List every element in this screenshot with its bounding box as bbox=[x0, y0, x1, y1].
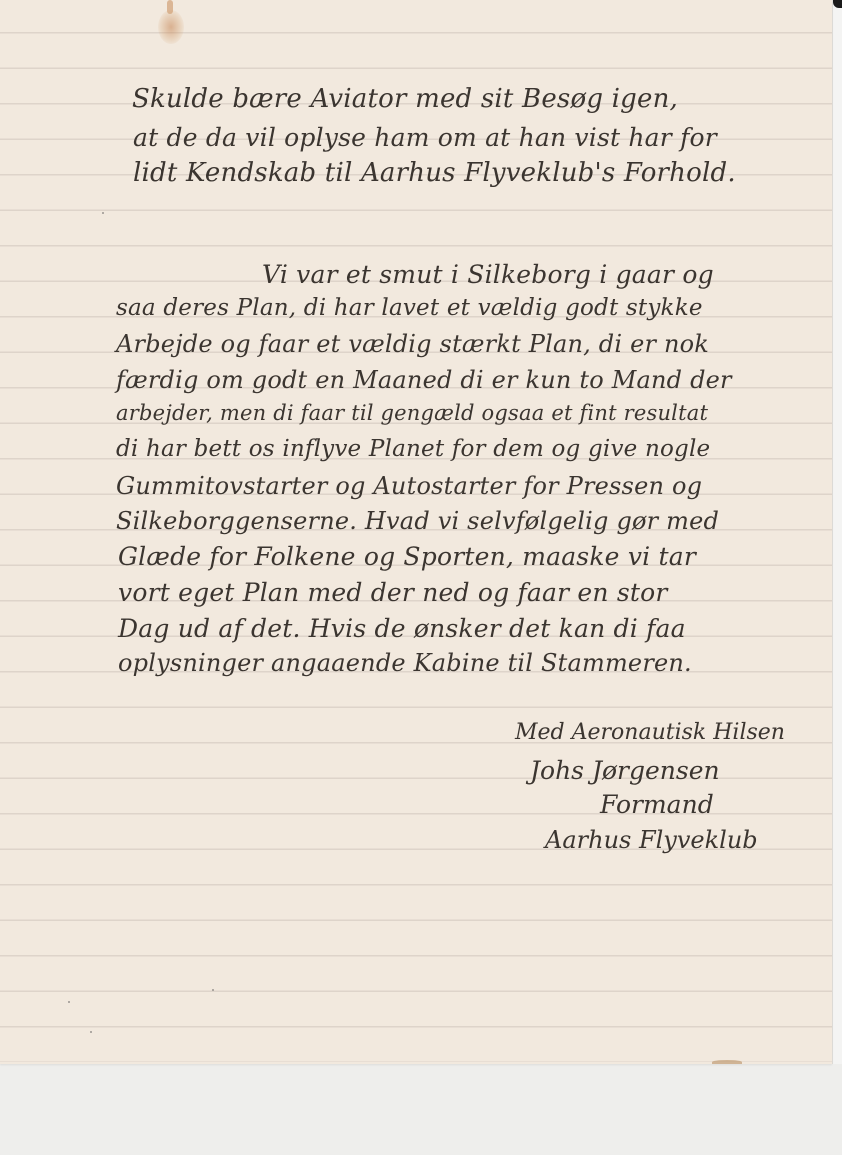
paragraph-2-line-4: færdig om godt en Maaned di er kun to Ma… bbox=[116, 368, 732, 392]
paragraph-2-line-5: arbejder, men di faar til gengæld ogsaa … bbox=[116, 403, 708, 424]
paragraph-2-line-2: saa deres Plan, di har lavet et vældig g… bbox=[116, 297, 703, 320]
paragraph-2-line-8: Silkeborggenserne. Hvad vi selvfølgelig … bbox=[116, 509, 719, 533]
paragraph-1-line-3: lidt Kendskab til Aarhus Flyveklub's For… bbox=[133, 160, 736, 186]
paragraph-2-line-10: vort eget Plan med der ned og faar en st… bbox=[118, 580, 668, 605]
scanner-edge-strip bbox=[832, 0, 842, 1064]
paragraph-2-line-11: Dag ud af det. Hvis de ønsker det kan di… bbox=[118, 616, 686, 641]
paragraph-1-line-2: at de da vil oplyse ham om at han vist h… bbox=[133, 125, 717, 150]
paragraph-2-line-9: Glæde for Folkene og Sporten, maaske vi … bbox=[118, 544, 696, 569]
dust-speck bbox=[102, 212, 104, 214]
paragraph-2-line-6: di har bett os inflyve Planet for dem og… bbox=[116, 438, 710, 461]
dust-speck bbox=[212, 989, 214, 991]
paragraph-1-line-1: Skulde bære Aviator med sit Besøg igen, bbox=[132, 86, 678, 112]
signature-organization: Aarhus Flyveklub bbox=[545, 828, 758, 852]
rust-stain bbox=[158, 10, 184, 44]
signature-name: Johs Jørgensen bbox=[530, 758, 720, 783]
signature-title: Formand bbox=[600, 792, 714, 817]
paragraph-2-line-12: oplysninger angaaende Kabine til Stammer… bbox=[118, 651, 692, 675]
paragraph-2-line-1: Vi var et smut i Silkeborg i gaar og bbox=[262, 262, 714, 287]
dust-speck bbox=[90, 1031, 92, 1033]
paper-tear bbox=[712, 1060, 742, 1064]
closing-greeting: Med Aeronautisk Hilsen bbox=[515, 722, 785, 744]
paragraph-2-line-3: Arbejde og faar et vældig stærkt Plan, d… bbox=[116, 332, 709, 356]
paragraph-2-line-7: Gummitovstarter og Autostarter for Press… bbox=[116, 474, 702, 498]
dust-speck bbox=[68, 1001, 70, 1003]
